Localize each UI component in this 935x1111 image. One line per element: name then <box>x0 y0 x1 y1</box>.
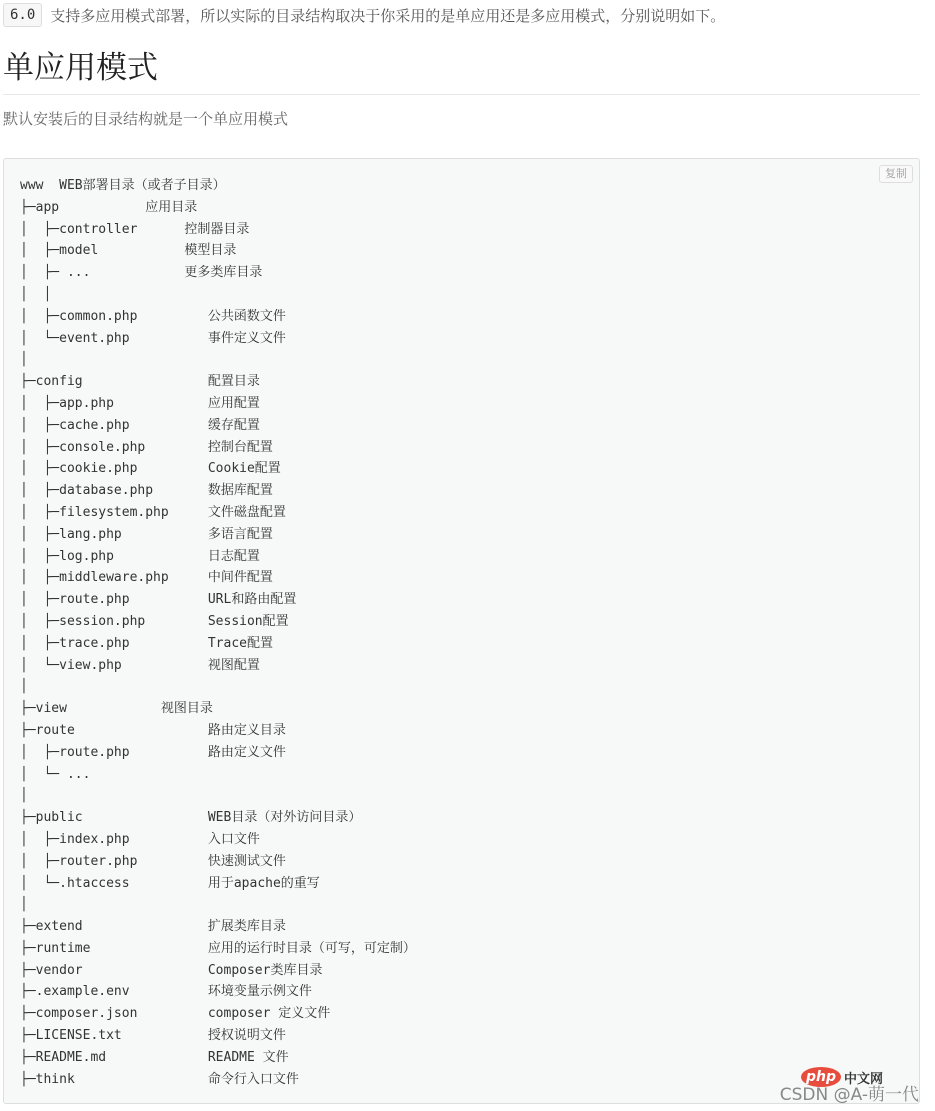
section-description: 默认安装后的目录结构就是一个单应用模式 <box>3 108 288 130</box>
tree-line: │ ├─controller 控制器目录 <box>20 219 416 241</box>
tree-line: │ ├─middleware.php 中间件配置 <box>20 567 416 589</box>
tree-line: │ <box>20 785 416 807</box>
intro-paragraph: 6.0 支持多应用模式部署，所以实际的目录结构取决于你采用的是单应用还是多应用模… <box>3 0 725 30</box>
tree-line: │ <box>20 894 416 916</box>
tree-line: ├─config 配置目录 <box>20 371 416 393</box>
directory-tree: www WEB部署目录（或者子目录）├─app 应用目录│ ├─controll… <box>20 175 416 1090</box>
tree-line: ├─extend 扩展类库目录 <box>20 916 416 938</box>
heading-divider <box>3 94 920 95</box>
author-watermark: CSDN @A-萌一代 <box>780 1080 919 1105</box>
tree-line: │ ├─route.php 路由定义文件 <box>20 742 416 764</box>
tree-line: │ ├─session.php Session配置 <box>20 611 416 633</box>
version-badge: 6.0 <box>3 3 42 27</box>
tree-line: ├─app 应用目录 <box>20 197 416 219</box>
intro-text: 支持多应用模式部署，所以实际的目录结构取决于你采用的是单应用还是多应用模式，分别… <box>50 5 725 26</box>
tree-line: ├─public WEB目录（对外访问目录） <box>20 807 416 829</box>
tree-line: │ ├─log.php 日志配置 <box>20 546 416 568</box>
tree-line: │ └─view.php 视图配置 <box>20 655 416 677</box>
tree-line: │ ├─console.php 控制台配置 <box>20 437 416 459</box>
tree-line: ├─LICENSE.txt 授权说明文件 <box>20 1025 416 1047</box>
tree-line: ├─route 路由定义目录 <box>20 720 416 742</box>
tree-line: │ └─.htaccess 用于apache的重写 <box>20 873 416 895</box>
tree-line: ├─.example.env 环境变量示例文件 <box>20 981 416 1003</box>
tree-line: │ │ <box>20 284 416 306</box>
tree-line: │ <box>20 676 416 698</box>
tree-line: ├─vendor Composer类库目录 <box>20 960 416 982</box>
code-block: 复制 www WEB部署目录（或者子目录）├─app 应用目录│ ├─contr… <box>3 158 920 1104</box>
tree-line: │ ├─router.php 快速测试文件 <box>20 851 416 873</box>
tree-line: ├─README.md README 文件 <box>20 1047 416 1069</box>
tree-line: ├─view 视图目录 <box>20 698 416 720</box>
tree-line: ├─think 命令行入口文件 <box>20 1069 416 1091</box>
tree-line: │ ├─ ... 更多类库目录 <box>20 262 416 284</box>
tree-line: │ ├─filesystem.php 文件磁盘配置 <box>20 502 416 524</box>
tree-line: │ ├─app.php 应用配置 <box>20 393 416 415</box>
tree-line: │ ├─lang.php 多语言配置 <box>20 524 416 546</box>
tree-line: │ └─event.php 事件定义文件 <box>20 328 416 350</box>
tree-line: www WEB部署目录（或者子目录） <box>20 175 416 197</box>
tree-line: ├─composer.json composer 定义文件 <box>20 1003 416 1025</box>
tree-line: │ ├─model 模型目录 <box>20 240 416 262</box>
tree-line: │ <box>20 349 416 371</box>
tree-line: ├─runtime 应用的运行时目录（可写，可定制） <box>20 938 416 960</box>
section-title: 单应用模式 <box>3 46 158 90</box>
tree-line: │ ├─index.php 入口文件 <box>20 829 416 851</box>
tree-line: │ ├─trace.php Trace配置 <box>20 633 416 655</box>
tree-line: │ ├─route.php URL和路由配置 <box>20 589 416 611</box>
tree-line: │ ├─database.php 数据库配置 <box>20 480 416 502</box>
tree-line: │ ├─cookie.php Cookie配置 <box>20 458 416 480</box>
tree-line: │ ├─common.php 公共函数文件 <box>20 306 416 328</box>
copy-button[interactable]: 复制 <box>879 165 913 183</box>
tree-line: │ └─ ... <box>20 764 416 786</box>
tree-line: │ ├─cache.php 缓存配置 <box>20 415 416 437</box>
